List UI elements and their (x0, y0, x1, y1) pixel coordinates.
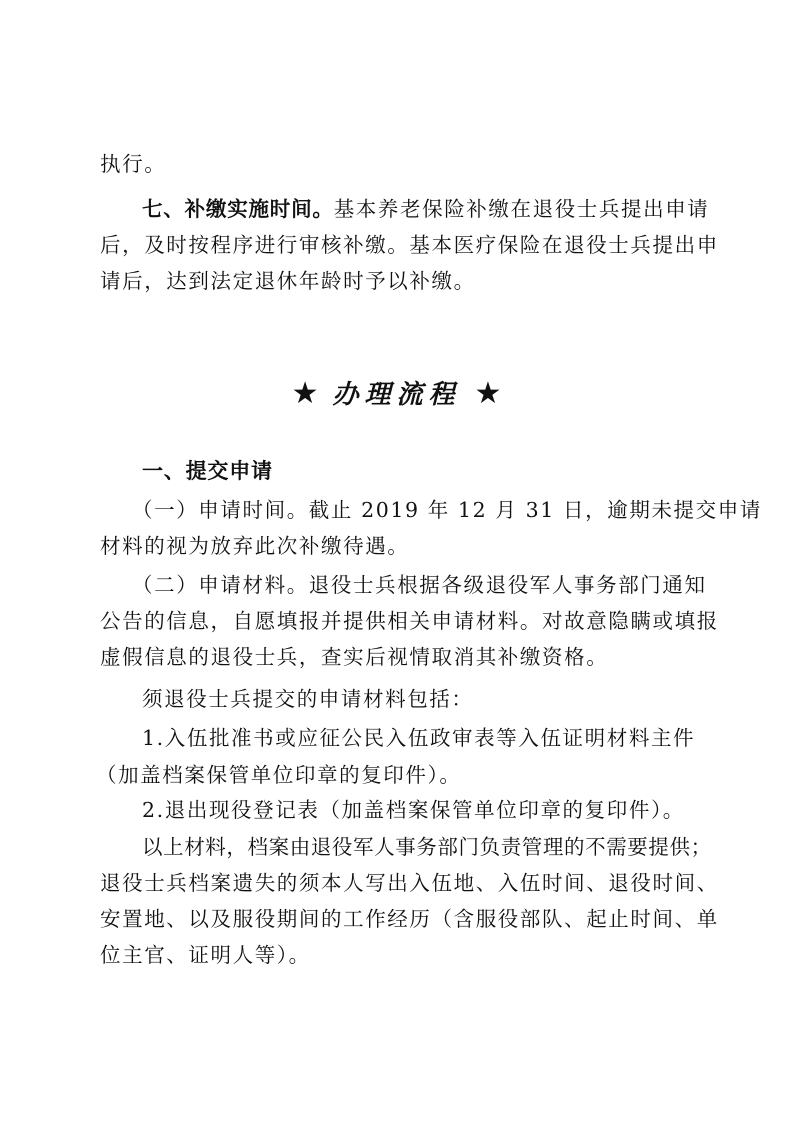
material-item-1: 1.入伍批准书或应征公民入伍政审表等入伍证明材料主件 (142, 725, 695, 751)
section7-line: 请后，达到法定退休年龄时予以补缴。 (100, 268, 476, 294)
sub2-line: （二）申请材料。退役士兵根据各级退役军人事务部门通知 (132, 572, 707, 598)
material-item-2: 2.退出现役登记表（加盖档案保管单位印章的复印件）。 (142, 797, 685, 823)
section7-first-line: 七、补缴实施时间。基本养老保险补缴在退役士兵提出申请 (142, 196, 709, 222)
sub2-line: 虚假信息的退役士兵，查实后视情取消其补缴资格。 (100, 644, 608, 670)
star-icon: ★ (475, 376, 502, 411)
note-line: 位主官、证明人等）。 (100, 942, 311, 968)
sub1-line: （一）申请时间。截止 2019 年 12 月 31 日，逾期未提交申请 (132, 497, 762, 523)
sub2-line: 公告的信息，自愿填报并提供相关申请材料。对故意隐瞒或填报 (100, 608, 719, 634)
paragraph-tail: 执行。 (100, 151, 166, 177)
sub1-line: 材料的视为放弃此次补缴待遇。 (100, 533, 409, 559)
materials-intro: 须退役士兵提交的申请材料包括： (142, 686, 474, 712)
process-heading-title: 办理流程 (332, 380, 460, 410)
section7-text: 基本养老保险补缴在退役士兵提出申请 (334, 197, 710, 221)
material-item-1-cont: （加盖档案保管单位印章的复印件）。 (96, 762, 461, 788)
process-heading: ★办理流程★ (0, 377, 793, 412)
step1-title: 一、提交申请 (142, 458, 273, 484)
section7-label: 七、补缴实施时间。 (142, 197, 334, 221)
note-line: 以上材料，档案由退役军人事务部门负责管理的不需要提供； (142, 834, 712, 860)
star-icon: ★ (292, 376, 319, 411)
note-line: 退役士兵档案遗失的须本人写出入伍地、入伍时间、退役时间、 (100, 870, 719, 896)
section7-line: 后，及时按程序进行审核补缴。基本医疗保险在退役士兵提出申 (100, 232, 719, 258)
note-line: 安置地、以及服役期间的工作经历（含服役部队、起止时间、单 (100, 906, 719, 932)
